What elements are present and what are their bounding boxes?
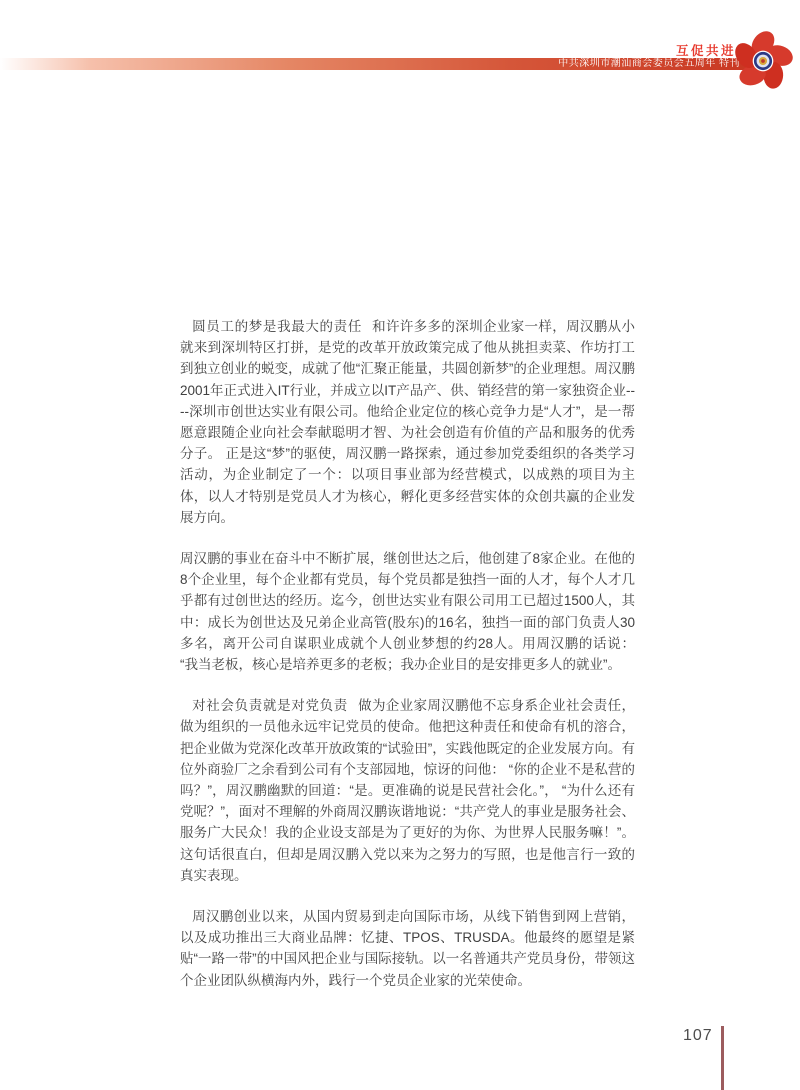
- paragraph-3-text: 做为企业家周汉鹏他不忘身系企业社会责任，做为组织的一员他永远牢记党员的使命。他把…: [180, 698, 635, 883]
- header-slogan: 互促共进: [676, 41, 736, 59]
- paragraph-1: 圆员工的梦是我最大的责任和许许多多的深圳企业家一样，周汉鹏从小就来到深圳特区打拼…: [180, 316, 635, 528]
- camellia-flower-logo-icon: [732, 30, 794, 92]
- paragraph-3: 对社会负责就是对党负责做为企业家周汉鹏他不忘身系企业社会责任，做为组织的一员他永…: [180, 695, 635, 886]
- paragraph-4-text: 周汉鹏创业以来，从国内贸易到走向国际市场，从线下销售到网上营销，以及成功推出三大…: [180, 909, 635, 988]
- paragraph-4: 周汉鹏创业以来，从国内贸易到走向国际市场，从线下销售到网上营销，以及成功推出三大…: [180, 906, 635, 991]
- paragraph-2: 周汉鹏的事业在奋斗中不断扩展，继创世达之后，他创建了8家企业。在他的8个企业里，…: [180, 548, 635, 675]
- paragraph-1-text: 和许许多多的深圳企业家一样，周汉鹏从小就来到深圳特区打拼，是党的改革开放政策完成…: [180, 319, 635, 525]
- paragraph-2-text: 周汉鹏的事业在奋斗中不断扩展，继创世达之后，他创建了8家企业。在他的8个企业里，…: [180, 551, 635, 672]
- page-number: 107: [683, 1027, 713, 1045]
- paragraph-3-lead: 对社会负责就是对党负责: [192, 698, 348, 713]
- footer-rule: [721, 1026, 724, 1090]
- header-banner-bar: 中共深圳市潮汕商会委员会五周年 特刊: [0, 58, 752, 70]
- article-body: 圆员工的梦是我最大的责任和许许多多的深圳企业家一样，周汉鹏从小就来到深圳特区打拼…: [180, 316, 635, 1011]
- paragraph-1-lead: 圆员工的梦是我最大的责任: [192, 319, 362, 334]
- magazine-page: 互促共进 中共深圳市潮汕商会委员会五周年 特刊 圆员工的梦是我最大的责任和许许多…: [0, 0, 800, 1090]
- header-banner-text: 中共深圳市潮汕商会委员会五周年 特刊: [558, 58, 740, 70]
